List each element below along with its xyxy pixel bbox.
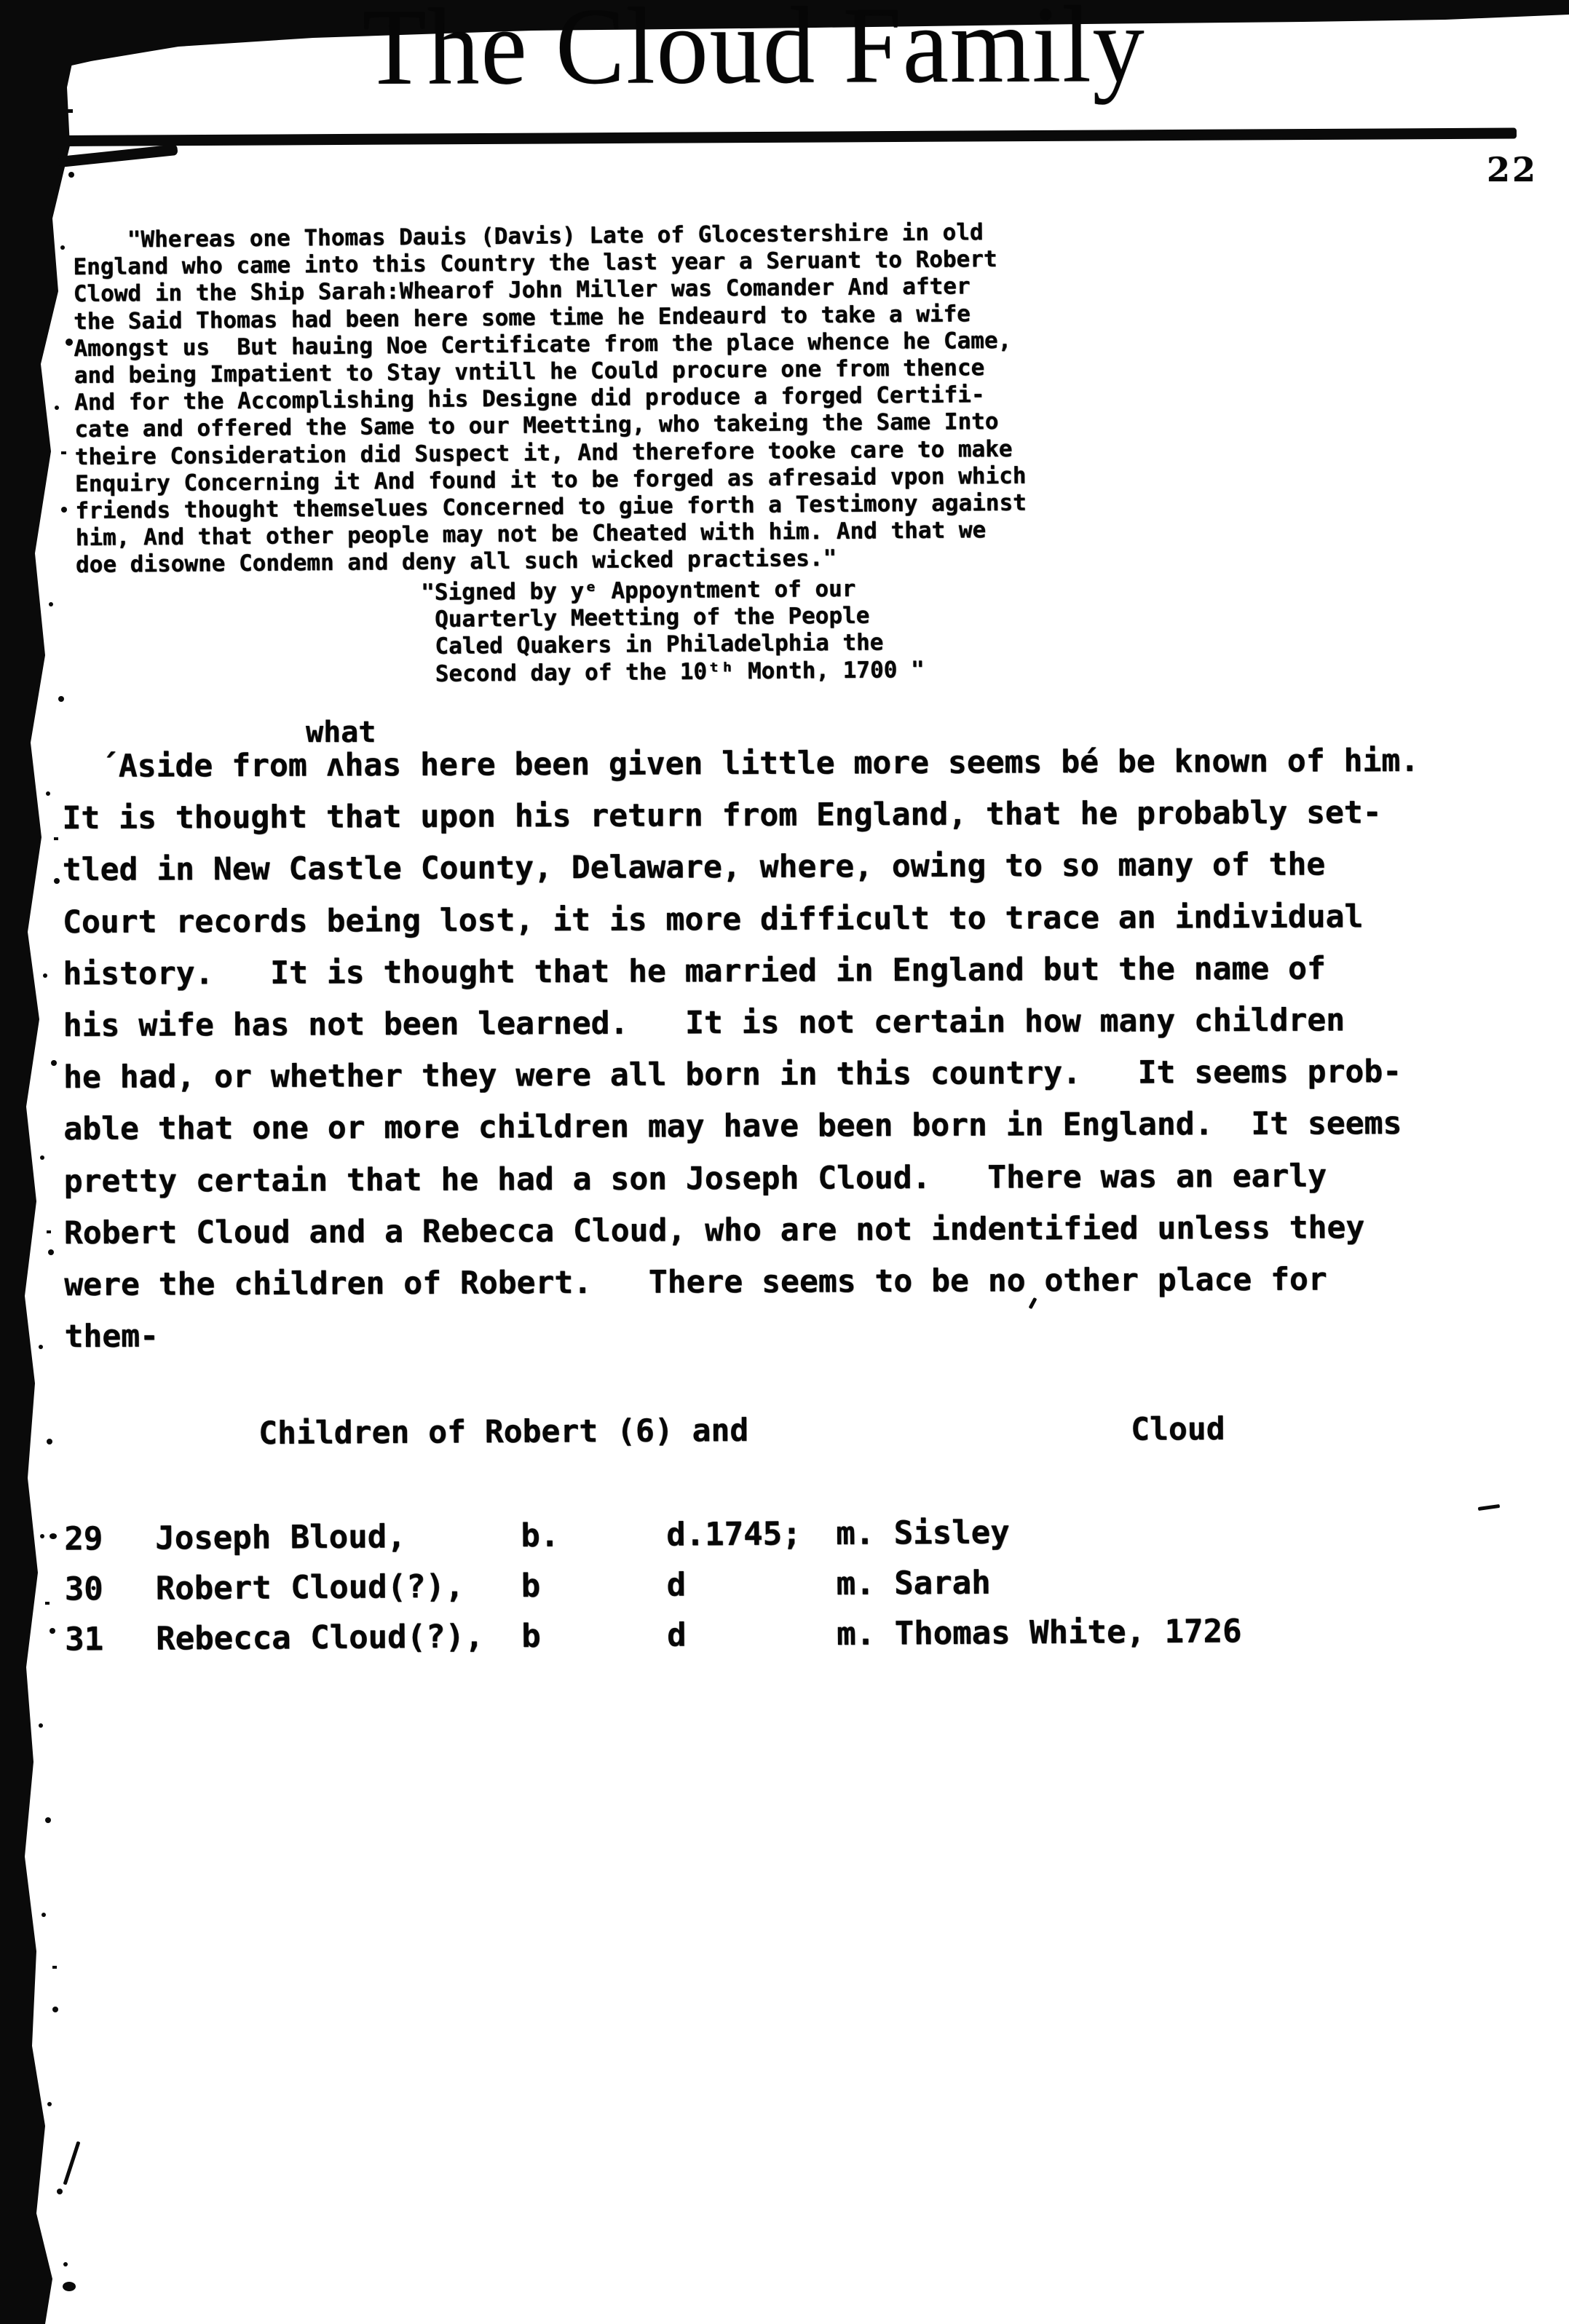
marriage-cell: m. Sarah: [836, 1558, 990, 1609]
body-line: tled in New Castle County, Delaware, whe…: [63, 839, 1420, 896]
margin-dash-mark: [1478, 1504, 1500, 1511]
dot-before-row-number: [50, 1533, 57, 1539]
row-number: 29: [64, 1514, 103, 1564]
child-name: Rebecca Cloud(?),: [156, 1611, 484, 1664]
marriage-cell: m. Thomas White, 1726: [837, 1606, 1242, 1659]
child-name: Joseph Bloud,: [155, 1511, 406, 1563]
birth-cell: b.: [521, 1511, 559, 1561]
body-line: history. It is thought that he married i…: [63, 943, 1420, 1000]
body-line: them-: [64, 1305, 1421, 1363]
children-heading-left: Children of Robert (6) and: [258, 1412, 748, 1452]
children-heading-surname: Cloud: [1131, 1411, 1225, 1448]
ink-blot: [63, 2282, 76, 2291]
narrative-paragraph: ´Aside from ʌhas here been given little …: [62, 735, 1422, 1364]
stray-slash-mark: [63, 2141, 81, 2186]
body-line: Robert Cloud and a Rebecca Cloud, who ar…: [64, 1202, 1421, 1260]
header-rule: [62, 128, 1517, 146]
scanned-document-page: { "page": { "title": "The Cloud Family",…: [0, 0, 1569, 2324]
body-line: his wife has not been learned. It is not…: [63, 995, 1420, 1052]
row-number: 30: [64, 1564, 103, 1614]
signed-line: "Signed by yᵉ Appoyntment of our: [421, 575, 924, 606]
marriage-cell: m. Sisley: [836, 1507, 1010, 1559]
body-line: pretty certain that he had a son Joseph …: [63, 1150, 1420, 1207]
quoted-minute-paragraph: "Whereas one Thomas Dauis (Davis) Late o…: [73, 219, 1027, 580]
birth-cell: b: [521, 1611, 541, 1661]
signed-line: Second day of the 10ᵗʰ Month, 1700 ": [422, 657, 925, 688]
birth-cell: b: [521, 1561, 540, 1611]
death-cell: d: [666, 1560, 686, 1610]
body-line: Court records being lost, it is more dif…: [63, 890, 1420, 948]
page-number: 22: [1487, 150, 1538, 189]
death-cell: d: [667, 1610, 687, 1660]
signed-line: Caled Quakers in Philadelphia the: [422, 629, 925, 660]
signed-line: Quarterly Meetting of the People: [421, 602, 924, 633]
body-line: he had, or whether they were all born in…: [63, 1046, 1420, 1104]
body-line: It is thought that upon his return from …: [62, 787, 1419, 845]
row-number: 31: [65, 1614, 103, 1664]
death-cell: d.1745;: [666, 1509, 802, 1560]
children-section-heading: Children of Robert (6) and Cloud: [258, 1412, 748, 1452]
page-title: The Cloud Family: [363, 0, 1146, 110]
body-line: were the children of Robert. There seems…: [64, 1254, 1421, 1311]
child-name: Robert Cloud(?),: [155, 1562, 464, 1614]
signature-block: "Signed by yᵉ Appoyntment of our Quarter…: [421, 575, 925, 688]
body-line: ´Aside from ʌhas here been given little …: [62, 735, 1419, 793]
children-table: 29 Joseph Bloud, b. d.1745; m. Sisley 30…: [0, 1514, 1, 1665]
header-rule-end: [58, 144, 178, 167]
body-line: able that one or more children may have …: [63, 1098, 1420, 1155]
